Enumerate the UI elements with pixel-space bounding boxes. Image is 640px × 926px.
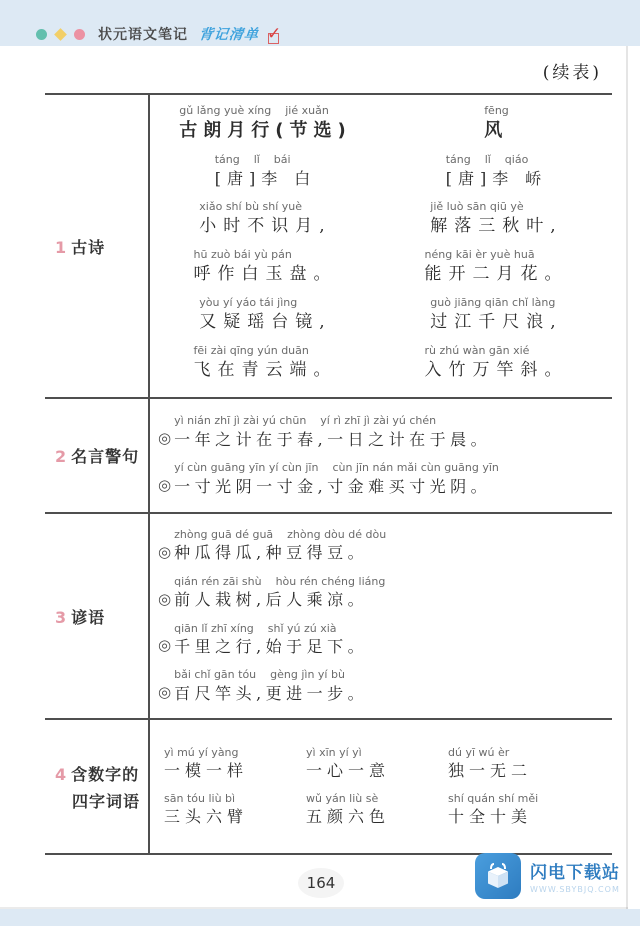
proverb3-text: 千里之行,始于足下。: [174, 637, 368, 656]
checkmark-icon: ✓: [267, 26, 281, 43]
page-edge-bottom: [0, 907, 628, 909]
poem2-line2-text: 能开二月花。: [425, 264, 569, 284]
row3-label: 谚语: [71, 605, 105, 628]
poems-cell: gǔ lǎng yuè xíng jié xuǎn 古朗月行(节选) táng …: [150, 95, 612, 397]
poem2-line4-pinyin: rù zhú wàn gān xié: [425, 345, 569, 358]
poem1-line4: fēi zài qīng yún duān 飞在青云端。: [194, 345, 338, 380]
poem2-title: fēng 风: [484, 105, 509, 141]
poem2-line4-text: 入竹万竿斜。: [425, 360, 569, 380]
idiom4-text: 三头六臂: [164, 807, 306, 826]
pink-dot-icon: [74, 29, 85, 40]
idiom-3: dú yī wú èr 独一无二: [448, 747, 590, 781]
poem1-line2: hū zuò bái yù pán 呼作白玉盘。: [194, 249, 338, 284]
proverb-item-3: ◎ qiān lǐ zhī xíng shǐ yú zú xià 千里之行,始于…: [158, 623, 612, 657]
row4-label-line2: 四字词语: [72, 789, 140, 812]
bullet-icon: ◎: [158, 545, 171, 560]
poem-feng: fēng 风 táng lǐ qiáo [唐]李 峤 jiě luò sān q…: [381, 95, 612, 397]
saying2-pinyin: yí cùn guāng yīn yí cùn jīn cùn jīn nán …: [174, 462, 499, 475]
poem1-author-text: [唐]李 白: [215, 169, 317, 188]
table-row-idioms: 4 含数字的 四字词语 yì mú yí yàng 一模一样 yì xīn yí…: [45, 720, 612, 855]
poem2-line3-text: 过江千尺浪,: [430, 312, 562, 332]
proverb1-text: 种瓜得瓜,种豆得豆。: [174, 543, 386, 562]
saying-item-2: ◎ yí cùn guāng yīn yí cùn jīn cùn jīn ná…: [158, 462, 612, 496]
idiom4-pinyin: sān tóu liù bì: [164, 793, 306, 806]
brand-title: 状元语文笔记: [98, 24, 188, 44]
page-number: 164: [298, 868, 344, 898]
proverb-item-1: ◎ zhòng guā dé guā zhòng dòu dé dòu 种瓜得瓜…: [158, 529, 612, 563]
row4-label-line1: 含数字的: [71, 762, 139, 785]
header: 状元语文笔记 背记清单 ✓: [36, 24, 281, 44]
table-row-poems: 1 古诗 gǔ lǎng yuè xíng jié xuǎn 古朗月行(节选) …: [45, 95, 612, 399]
proverb2-pinyin: qián rén zāi shù hòu rén chéng liáng: [174, 576, 385, 589]
footer-band: [0, 909, 640, 926]
poem2-line1-pinyin: jiě luò sān qiū yè: [430, 201, 562, 214]
poem2-title-text: 风: [484, 120, 509, 142]
bullet-icon: ◎: [158, 478, 171, 493]
poem1-title-pinyin: gǔ lǎng yuè xíng jié xuǎn: [179, 105, 351, 118]
sayings-cell: ◎ yì nián zhī jì zài yú chūn yí rì zhī j…: [150, 399, 612, 512]
proverb-item-2: ◎ qián rén zāi shù hòu rén chéng liáng 前…: [158, 576, 612, 610]
proverb4-text: 百尺竿头,更进一步。: [174, 684, 368, 703]
poem2-author-pinyin: táng lǐ qiáo: [446, 154, 548, 167]
idiom2-text: 一心一意: [306, 761, 448, 780]
table-row-sayings: 2 名言警句 ◎ yì nián zhī jì zài yú chūn yí r…: [45, 399, 612, 514]
row1-label-cell: 1 古诗: [45, 95, 150, 397]
watermark: 闪电下载站 www.sbybjq.com: [475, 853, 620, 899]
poem2-author: táng lǐ qiáo [唐]李 峤: [446, 154, 548, 188]
idioms-cell: yì mú yí yàng 一模一样 yì xīn yí yì 一心一意 dú …: [150, 720, 612, 853]
idiom6-pinyin: shí quán shí měi: [448, 793, 590, 806]
poem1-line3-pinyin: yòu yí yáo tái jìng: [199, 297, 331, 310]
poem2-line1: jiě luò sān qiū yè 解落三秋叶,: [430, 201, 562, 236]
table-row-proverbs: 3 谚语 ◎ zhòng guā dé guā zhòng dòu dé dòu…: [45, 514, 612, 720]
download-site-logo-icon: [475, 853, 521, 899]
poem1-title: gǔ lǎng yuè xíng jié xuǎn 古朗月行(节选): [179, 105, 351, 141]
row1-label: 古诗: [71, 235, 105, 258]
row2-label: 名言警句: [71, 444, 139, 467]
idiom5-pinyin: wǔ yán liù sè: [306, 793, 448, 806]
poem1-line4-text: 飞在青云端。: [194, 360, 338, 380]
poem2-line2: néng kāi èr yuè huā 能开二月花。: [425, 249, 569, 284]
poem1-line1-text: 小时不识月,: [199, 216, 331, 236]
poem1-line1-pinyin: xiǎo shí bù shí yuè: [199, 201, 331, 214]
bullet-icon: ◎: [158, 638, 171, 653]
badge-title: 背记清单: [198, 24, 260, 44]
saying-item-1: ◎ yì nián zhī jì zài yú chūn yí rì zhī j…: [158, 415, 612, 449]
idiom-5: wǔ yán liù sè 五颜六色: [306, 793, 448, 827]
poem1-line2-text: 呼作白玉盘。: [194, 264, 338, 284]
bullet-icon: ◎: [158, 431, 171, 446]
row2-label-cell: 2 名言警句: [45, 399, 150, 512]
poem2-line4: rù zhú wàn gān xié 入竹万竿斜。: [425, 345, 569, 380]
saying1-text: 一年之计在于春,一日之计在于晨。: [174, 430, 491, 449]
idiom1-pinyin: yì mú yí yàng: [164, 747, 306, 760]
idiom2-pinyin: yì xīn yí yì: [306, 747, 448, 760]
page-edge-right: [626, 46, 628, 909]
idiom1-text: 一模一样: [164, 761, 306, 780]
poem1-line1: xiǎo shí bù shí yuè 小时不识月,: [199, 201, 331, 236]
bullet-icon: ◎: [158, 685, 171, 700]
poem1-line3: yòu yí yáo tái jìng 又疑瑶台镜,: [199, 297, 331, 332]
idiom-2: yì xīn yí yì 一心一意: [306, 747, 448, 781]
poem2-title-pinyin: fēng: [484, 105, 509, 118]
study-table: 1 古诗 gǔ lǎng yuè xíng jié xuǎn 古朗月行(节选) …: [45, 93, 612, 855]
watermark-site-name: 闪电下载站: [530, 858, 620, 883]
idiom6-text: 十全十美: [448, 807, 590, 826]
teal-dot-icon: [36, 29, 47, 40]
cube-icon: [483, 861, 513, 891]
watermark-site-url: www.sbybjq.com: [530, 885, 620, 894]
poem1-author-pinyin: táng lǐ bái: [215, 154, 317, 167]
proverb2-text: 前人栽树,后人乘凉。: [174, 590, 385, 609]
poem1-author: táng lǐ bái [唐]李 白: [215, 154, 317, 188]
poem-gulangyuexing: gǔ lǎng yuè xíng jié xuǎn 古朗月行(节选) táng …: [150, 95, 381, 397]
proverbs-cell: ◎ zhòng guā dé guā zhòng dòu dé dòu 种瓜得瓜…: [150, 514, 612, 718]
poem2-line3-pinyin: guò jiāng qiān chǐ làng: [430, 297, 562, 310]
poem2-line2-pinyin: néng kāi èr yuè huā: [425, 249, 569, 262]
idiom3-pinyin: dú yī wú èr: [448, 747, 590, 760]
poem2-line3: guò jiāng qiān chǐ làng 过江千尺浪,: [430, 297, 562, 332]
row3-label-cell: 3 谚语: [45, 514, 150, 718]
proverb3-pinyin: qiān lǐ zhī xíng shǐ yú zú xià: [174, 623, 368, 636]
saying2-text: 一寸光阴一寸金,寸金难买寸光阴。: [174, 477, 499, 496]
proverb-item-4: ◎ bǎi chǐ gān tóu gèng jìn yí bù 百尺竿头,更进…: [158, 669, 612, 703]
row3-number: 3: [55, 608, 66, 627]
continued-table-label: (续表): [543, 58, 602, 83]
proverb1-pinyin: zhòng guā dé guā zhòng dòu dé dòu: [174, 529, 386, 542]
idiom3-text: 独一无二: [448, 761, 590, 780]
poem2-line1-text: 解落三秋叶,: [430, 216, 562, 236]
poem1-line2-pinyin: hū zuò bái yù pán: [194, 249, 338, 262]
row4-label-cell: 4 含数字的 四字词语: [45, 720, 150, 853]
row1-number: 1: [55, 238, 66, 257]
bullet-icon: ◎: [158, 592, 171, 607]
poem2-author-text: [唐]李 峤: [446, 169, 548, 188]
idiom-4: sān tóu liù bì 三头六臂: [164, 793, 306, 827]
idiom-1: yì mú yí yàng 一模一样: [164, 747, 306, 781]
poem1-title-text: 古朗月行(节选): [179, 120, 351, 142]
row2-number: 2: [55, 447, 66, 466]
idiom5-text: 五颜六色: [306, 807, 448, 826]
poem1-line3-text: 又疑瑶台镜,: [199, 312, 331, 332]
poem1-line4-pinyin: fēi zài qīng yún duān: [194, 345, 338, 358]
saying1-pinyin: yì nián zhī jì zài yú chūn yí rì zhī jì …: [174, 415, 491, 428]
row4-number: 4: [55, 765, 66, 784]
idiom-6: shí quán shí měi 十全十美: [448, 793, 590, 827]
proverb4-pinyin: bǎi chǐ gān tóu gèng jìn yí bù: [174, 669, 368, 682]
yellow-diamond-icon: [54, 28, 67, 41]
